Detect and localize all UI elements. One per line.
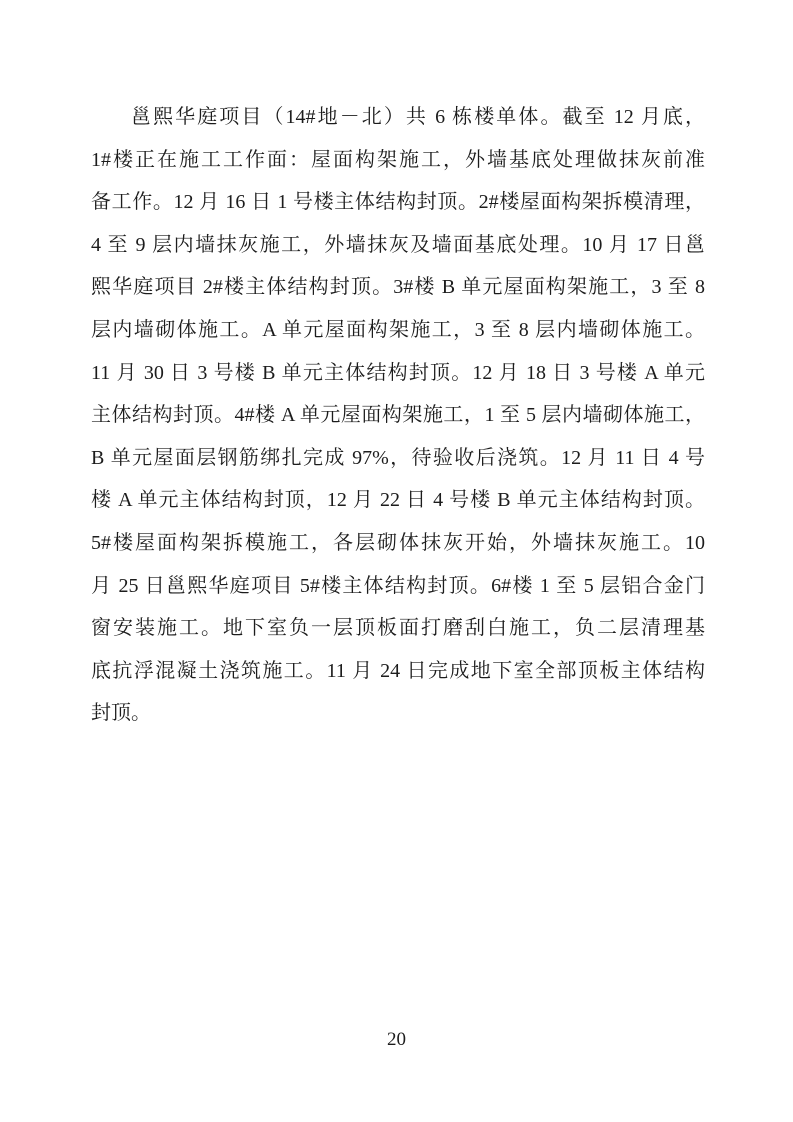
paragraph-line: 邕熙华庭项目（14#地－北）共 6 栋楼单体。截至 12 月底， xyxy=(91,96,705,139)
paragraph-line: 楼 A 单元主体结构封顶，12 月 22 日 4 号楼 B 单元主体结构封顶。 xyxy=(91,479,705,522)
paragraph-line: 主体结构封顶。4#楼 A 单元屋面构架施工，1 至 5 层内墙砌体施工， xyxy=(91,394,705,437)
paragraph-line: 窗安装施工。地下室负一层顶板面打磨刮白施工，负二层清理基 xyxy=(91,607,705,650)
paragraph-line: 5#楼屋面构架拆模施工，各层砌体抹灰开始，外墙抹灰施工。10 xyxy=(91,522,705,565)
paragraph-line: 1#楼正在施工工作面：屋面构架施工，外墙基底处理做抹灰前准 xyxy=(91,139,705,182)
paragraph-line: 熙华庭项目 2#楼主体结构封顶。3#楼 B 单元屋面构架施工，3 至 8 xyxy=(91,266,705,309)
paragraph-line: 备工作。12 月 16 日 1 号楼主体结构封顶。2#楼屋面构架拆模清理， xyxy=(91,181,705,224)
paragraph-line: 11 月 30 日 3 号楼 B 单元主体结构封顶。12 月 18 日 3 号楼… xyxy=(91,352,705,395)
paragraph-line: 封顶。 xyxy=(91,692,705,735)
paragraph-line: 层内墙砌体施工。A 单元屋面构架施工，3 至 8 层内墙砌体施工。 xyxy=(91,309,705,352)
paragraph-line: 底抗浮混凝土浇筑施工。11 月 24 日完成地下室全部顶板主体结构 xyxy=(91,650,705,693)
report-paragraph: 邕熙华庭项目（14#地－北）共 6 栋楼单体。截至 12 月底， 1#楼正在施工… xyxy=(91,96,705,735)
paragraph-line: 月 25 日邕熙华庭项目 5#楼主体结构封顶。6#楼 1 至 5 层铝合金门 xyxy=(91,565,705,608)
paragraph-line: B 单元屋面层钢筋绑扎完成 97%，待验收后浇筑。12 月 11 日 4 号 xyxy=(91,437,705,480)
page-number: 20 xyxy=(0,1029,793,1051)
paragraph-line: 4 至 9 层内墙抹灰施工，外墙抹灰及墙面基底处理。10 月 17 日邕 xyxy=(91,224,705,267)
document-page: 邕熙华庭项目（14#地－北）共 6 栋楼单体。截至 12 月底， 1#楼正在施工… xyxy=(0,0,793,1122)
